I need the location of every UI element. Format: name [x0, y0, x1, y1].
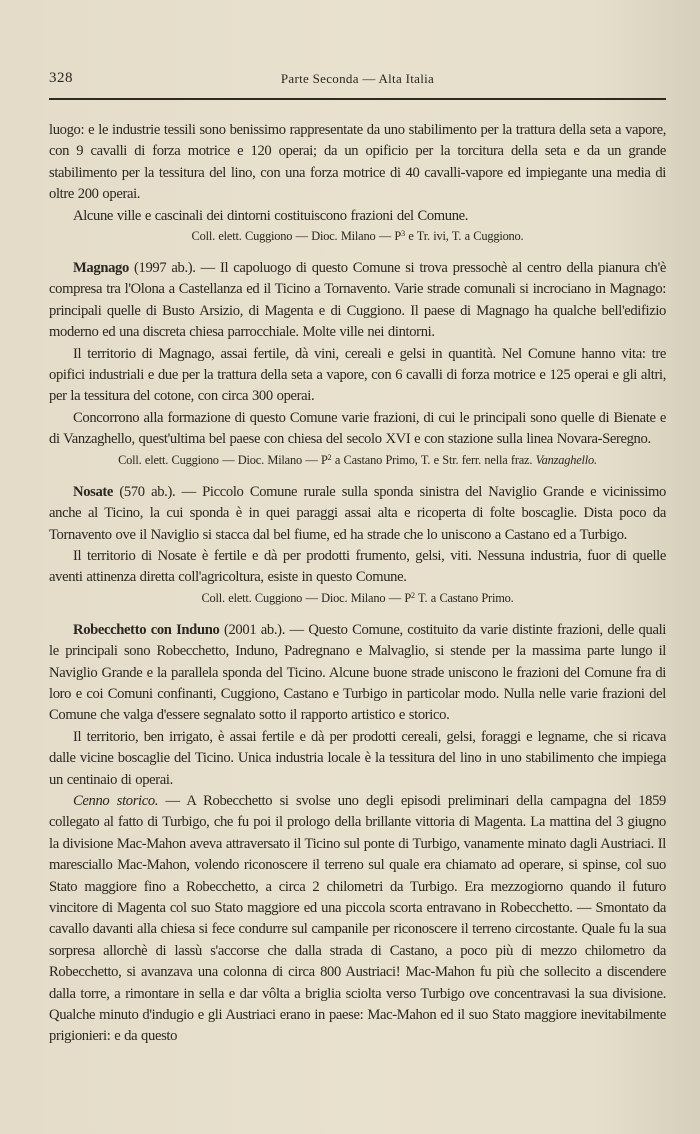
paragraph: Alcune ville e cascinali dei dintorni co… — [49, 206, 666, 227]
entry-title: Robecchetto con Induno — [73, 622, 219, 638]
entry-robecchetto: Robecchetto con Induno (2001 ab.). — Que… — [49, 620, 666, 727]
electoral-note: Coll. elett. Cuggiono — Dioc. Milano — P… — [49, 451, 666, 469]
electoral-note: Coll. elett. Cuggiono — Dioc. Milano — P… — [49, 227, 666, 245]
entry-title: Nosate — [73, 484, 113, 500]
page-body: luogo: e le industrie tessili sono benis… — [49, 120, 666, 1048]
paragraph: luogo: e le industrie tessili sono benis… — [49, 120, 666, 206]
paragraph: Il territorio, ben irrigato, è assai fer… — [49, 727, 666, 791]
book-page: 328 Parte Seconda — Alta Italia luogo: e… — [0, 0, 700, 1134]
entry-nosate: Nosate (570 ab.). — Piccolo Comune rural… — [49, 482, 666, 546]
entry-title: Magnago — [73, 260, 129, 276]
paragraph: Il territorio di Nosate è fertile e dà p… — [49, 546, 666, 589]
electoral-note: Coll. elett. Cuggiono — Dioc. Milano — P… — [49, 589, 666, 607]
history-label: Cenno storico. — [73, 793, 158, 809]
paragraph: Concorrono alla formazione di questo Com… — [49, 408, 666, 451]
page-header: 328 Parte Seconda — Alta Italia — [49, 70, 666, 92]
header-rule — [49, 98, 666, 100]
history-paragraph: Cenno storico. — A Robecchetto si svolse… — [49, 791, 666, 1048]
entry-magnago: Magnago (1997 ab.). — Il capoluogo di qu… — [49, 258, 666, 344]
paragraph: Il territorio di Magnago, assai fertile,… — [49, 344, 666, 408]
running-title: Parte Seconda — Alta Italia — [49, 71, 666, 87]
